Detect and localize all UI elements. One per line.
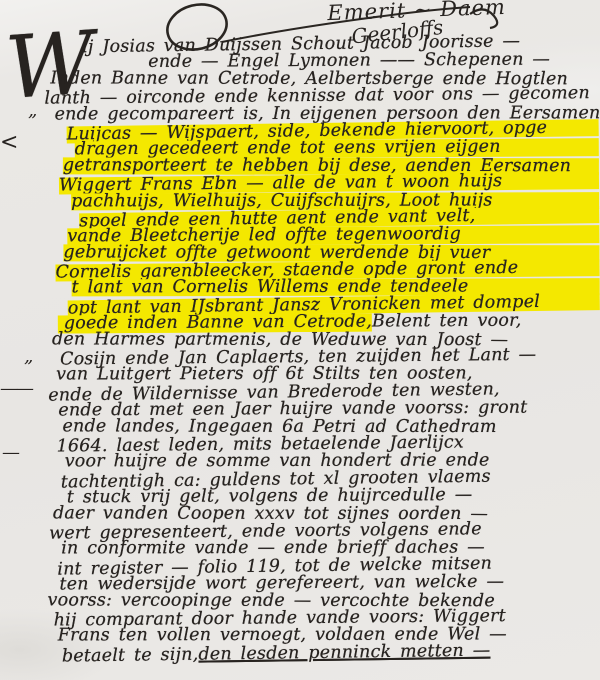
margin-mark: —: [2, 442, 18, 463]
margin-mark: „: [24, 346, 33, 367]
manuscript-page: Emerit ~ Daem Geerloffs W ij Josias van …: [0, 0, 600, 680]
margin-mark: „: [28, 100, 37, 121]
text-segment: den lesden penninck metten —: [198, 642, 490, 663]
manuscript-text: ij Josias van Duijssen Schout Jacob Joor…: [0, 34, 600, 664]
margin-mark: ——: [0, 378, 32, 399]
text-segment: Belent ten voor,: [372, 313, 522, 331]
margin-mark: <: [0, 130, 18, 155]
manuscript-line: betaelt te sijn, den lesden penninck met…: [62, 641, 600, 666]
text-segment: betaelt te sijn,: [62, 646, 199, 665]
